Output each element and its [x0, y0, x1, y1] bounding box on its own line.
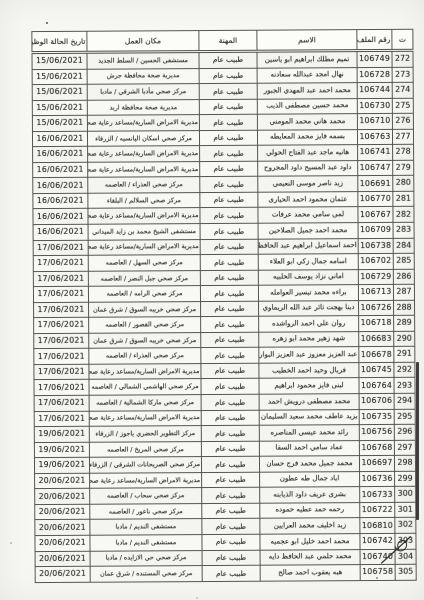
name-cell: هبه يعقوب احمد صالح	[260, 565, 360, 581]
file-number-cell: 106706	[359, 393, 394, 409]
workplace-cell: مركز صحي اسكان اليانسيه / الزرقاء	[87, 130, 199, 146]
index-cell: 274	[392, 82, 413, 98]
profession-cell: طبيب عام	[200, 177, 258, 193]
status-date-cell: 15/06/2021	[32, 115, 87, 131]
status-date-cell: 20/06/2021	[35, 504, 90, 520]
status-date-cell: 15/06/2021	[32, 52, 87, 69]
name-cell: دينا بهجت ثائر عبد الله الريماوي	[259, 300, 359, 316]
name-cell: محمد احمد عبد المهدي الجبور	[257, 83, 357, 99]
header-row: ت رقم الملف الاسم المهنة مكان العمل تاري…	[32, 29, 413, 52]
profession-cell: طبيب عام	[200, 254, 258, 270]
status-date-cell: 19/06/2021	[34, 442, 89, 458]
profession-cell: طبيب عام	[202, 472, 260, 488]
workplace-cell: مديرية الامراض السارية/مساعد رعاية صحي	[89, 364, 201, 380]
name-cell: عبد العزيز معزوز عبد العزيز البواري	[259, 347, 359, 363]
profession-cell: طبيب عام	[201, 332, 259, 348]
file-number-cell: 106709	[358, 222, 393, 238]
status-date-cell: 17/06/2021	[34, 380, 89, 396]
name-cell: احمد اسماعيل ابراهيم عبد الحافظ	[258, 238, 358, 254]
workplace-cell: مستشفى النديم / مادبا	[90, 535, 202, 551]
workplace-cell: مديرية الامراض السارية/مساعد رعاية صحي	[90, 472, 202, 488]
profession-cell: طبيب عام	[200, 285, 258, 301]
index-cell: 299	[395, 471, 416, 487]
index-cell: 295	[394, 409, 415, 425]
index-cell: 284	[393, 238, 414, 254]
index-cell: 276	[392, 113, 413, 129]
scanner-edge-artifact	[416, 362, 419, 520]
workplace-cell: مركز صحي الصريحانات الشرقي / الزرقاء	[89, 457, 201, 473]
scan-noise-specks	[46, 22, 48, 24]
name-cell: شهد زهير محمد ابو زهره	[259, 331, 359, 347]
file-number-cell: 106758	[360, 564, 395, 580]
index-cell: 305	[395, 564, 416, 580]
workplace-cell: مركز صحي المستنده / شرق عمان	[90, 566, 202, 582]
name-cell: تميم مطلك ابراهيم ابو ياسين	[257, 51, 357, 68]
status-date-cell: 19/06/2021	[34, 426, 89, 442]
file-number-cell: 106745	[359, 362, 394, 378]
workplace-cell: مركز صحي القصور / العاصمه	[89, 317, 201, 333]
header-workplace: مكان العمل	[87, 31, 199, 53]
workplace-cell: مركز التطوير الحضري ياجوز / الزرقاء	[89, 426, 201, 442]
file-number-cell: 106726	[359, 300, 394, 316]
workplace-cell: مركز صحي العذراء / العاصمه	[88, 177, 200, 193]
name-cell: فريال وحيد احمد الخطيب	[259, 363, 359, 379]
header-file-number: رقم الملف	[357, 29, 392, 50]
file-number-cell: 106744	[357, 82, 392, 98]
workplace-cell: مديرية الامراض السارية/مساعد رعاية صحي	[88, 239, 200, 255]
index-cell: 279	[393, 160, 414, 176]
file-number-cell: 106713	[358, 285, 393, 301]
status-date-cell: 17/06/2021	[34, 333, 89, 349]
profession-cell: طبيب عام	[199, 114, 257, 130]
header-name: الاسم	[257, 30, 357, 52]
index-cell: 285	[393, 253, 414, 269]
file-number-cell: 106678	[359, 347, 394, 363]
status-date-cell: 17/06/2021	[33, 271, 88, 287]
index-cell: 278	[393, 145, 414, 161]
file-number-cell: 106697	[359, 456, 394, 472]
index-cell: 290	[394, 331, 415, 347]
profession-cell: طبيب عام	[199, 68, 257, 84]
index-cell: 301	[395, 502, 416, 518]
name-cell: بسمه فايز محمد المعايطه	[257, 129, 357, 145]
status-date-cell: 16/06/2021	[33, 162, 88, 178]
index-cell: 288	[394, 300, 415, 316]
profession-cell: طبيب عام	[200, 146, 258, 162]
index-cell: 283	[393, 222, 414, 238]
index-cell: 282	[393, 207, 414, 223]
file-number-cell: 106683	[359, 331, 394, 347]
profession-cell: طبيب عام	[199, 130, 257, 146]
scanned-page: ت رقم الملف الاسم المهنة مكان العمل تاري…	[0, 0, 424, 600]
name-cell: رائد محمد عيسى المناصره	[259, 425, 359, 441]
workplace-cell: مستشفى النديم / مادبا	[90, 519, 202, 535]
workplace-cell: مركز صحي مأدبا الشرقي / مادبا	[87, 84, 199, 100]
file-number-cell: 106691	[358, 176, 393, 192]
file-number-cell: 106730	[357, 98, 392, 114]
status-date-cell: 17/06/2021	[34, 302, 89, 318]
table-row: 305 106758 هبه يعقوب احمد صالح طبيب عام …	[35, 564, 416, 582]
file-number-cell: 106733	[360, 487, 395, 503]
status-date-cell: 17/06/2021	[33, 286, 88, 302]
profession-cell: طبيب عام	[202, 565, 260, 581]
workplace-cell: مركز صحي السلالم / البلقاء	[88, 192, 200, 208]
file-number-cell: 106729	[358, 269, 393, 285]
profession-cell: طبيب عام	[200, 223, 258, 239]
profession-cell: طبيب عام	[201, 348, 259, 364]
header-status-date: تاريخ الحالة الوظيفية	[32, 31, 87, 52]
profession-cell: طبيب عام	[201, 379, 259, 395]
name-cell: محمد احمد جميل الصلاحين	[258, 223, 358, 239]
name-cell: براءه محمد تيسير العوامله	[258, 285, 358, 301]
name-cell: بشرى عريف داود الذيابنه	[260, 487, 360, 503]
status-date-cell: 17/06/2021	[34, 349, 89, 365]
name-cell: محمد مصطفى درويش احمد	[259, 394, 359, 410]
profession-cell: طبيب عام	[201, 410, 259, 426]
index-cell: 289	[394, 316, 415, 332]
name-cell: زيد اخليف محمد العرايين	[260, 518, 360, 534]
file-number-cell: 106728	[357, 67, 392, 83]
name-cell: هانيه ماجد عبد الفتاح الحولي	[258, 145, 358, 161]
file-number-cell: 106810	[360, 518, 395, 534]
status-date-cell: 16/06/2021	[33, 224, 88, 240]
file-number-cell: 106722	[360, 502, 395, 518]
index-cell: 281	[393, 191, 414, 207]
workplace-cell: مركز صحي ناعور / العاصمه	[90, 503, 202, 519]
status-date-cell: 20/06/2021	[35, 566, 90, 582]
workplace-cell: مديرية صحة محافظة اربد	[87, 99, 199, 115]
status-date-cell: 20/06/2021	[35, 551, 90, 567]
workplace-cell: مركز صحي الهاشمي الشمالي / العاصمه	[89, 379, 201, 395]
status-date-cell: 17/06/2021	[34, 364, 89, 380]
name-cell: محمد هاني محمد المومني	[257, 114, 357, 130]
status-date-cell: 19/06/2021	[34, 457, 89, 473]
profession-cell: طبيب عام	[202, 519, 260, 535]
workplace-cell: مركز صحي ماركا الشمالية / العاصمه	[89, 395, 201, 411]
file-number-cell: 106718	[359, 316, 394, 332]
name-cell: داود عبد المسيح داود المجروح	[258, 160, 358, 176]
profession-cell: طبيب عام	[201, 441, 259, 457]
workplace-cell: مستشفى الشيخ محمد بن زايد الميداني	[88, 224, 200, 240]
index-cell: 287	[393, 284, 414, 300]
status-date-cell: 17/06/2021	[33, 240, 88, 256]
profession-cell: طبيب عام	[202, 488, 260, 504]
index-cell: 275	[392, 98, 413, 114]
status-date-cell: 16/06/2021	[33, 178, 88, 194]
file-number-cell: 106741	[358, 145, 393, 161]
workplace-cell: مركز صحي سحاب / العاصمه	[90, 488, 202, 504]
table-body: 272 106749 تميم مطلك ابراهيم ابو ياسين ط…	[32, 50, 416, 582]
signature-mark	[379, 534, 415, 566]
file-number-cell: 106770	[358, 191, 393, 207]
profession-cell: طبيب عام	[202, 503, 260, 519]
workplace-cell: مديرية الامراض السارية/مساعد رعاية صحي	[88, 161, 200, 177]
name-cell: محمد حلمي عبد الحافظ دايه	[260, 549, 360, 565]
name-cell: لبنى فايز محمود ابراهيم	[259, 378, 359, 394]
name-cell: روان علي احمد الرواشده	[259, 316, 359, 332]
file-number-cell: 106749	[357, 50, 392, 67]
workplace-cell: مركز صحي خريبه السوق / شرق عمان	[89, 332, 201, 348]
profession-cell: طبيب عام	[199, 51, 257, 68]
name-cell: زيد ناصر موسى النعيمي	[258, 176, 358, 192]
profession-cell: طبيب عام	[201, 456, 259, 472]
name-cell: محمد حسين مصطفى الذيب	[257, 98, 357, 114]
status-date-cell: 16/06/2021	[32, 131, 87, 147]
workplace-cell: مركز صحي السهل / العاصمه	[88, 255, 200, 271]
profession-cell: طبيب عام	[199, 83, 257, 99]
index-cell: 293	[394, 378, 415, 394]
profession-cell: طبيب عام	[200, 239, 258, 255]
name-cell: محمد جميل محمد فرج حسان	[259, 456, 359, 472]
index-cell: 298	[394, 455, 415, 471]
file-number-cell: 106747	[358, 160, 393, 176]
profession-cell: طبيب عام	[201, 394, 259, 410]
workplace-cell: مركز صحي العذراء / العاصمه	[89, 348, 201, 364]
index-cell: 277	[392, 129, 413, 145]
index-cell: 273	[392, 67, 413, 83]
workplace-cell: مديرية الامراض السارية/مساعد رعاية صحي	[88, 146, 200, 162]
status-date-cell: 20/06/2021	[35, 535, 90, 551]
name-cell: اماني نزاد يوسف الحلبيه	[258, 269, 358, 285]
status-date-cell: 16/06/2021	[33, 193, 88, 209]
file-number-cell: 106738	[358, 238, 393, 254]
staff-table: ت رقم الملف الاسم المهنة مكان العمل تاري…	[31, 29, 416, 583]
status-date-cell: 17/06/2021	[34, 411, 89, 427]
workplace-cell: مديرية الامراض السارية/مساعد رعاية صحي	[87, 115, 199, 131]
file-number-cell: 106768	[359, 440, 394, 456]
workplace-cell: مركز صحي المريخ / العاصمه	[89, 441, 201, 457]
index-cell: 272	[392, 50, 413, 67]
workplace-cell: مديرية الامراض السارية/مساعد رعاية صحي	[88, 208, 200, 224]
name-cell: عماد سامي احمد السقا	[259, 440, 359, 456]
index-cell: 280	[393, 176, 414, 192]
file-number-cell: 106763	[357, 129, 392, 145]
file-number-cell: 106735	[359, 409, 394, 425]
file-number-cell: 106764	[359, 378, 394, 394]
profession-cell: طبيب عام	[200, 208, 258, 224]
index-cell: 291	[394, 347, 415, 363]
name-cell: عثمان محمود احمد الحيارى	[258, 192, 358, 208]
index-cell: 302	[395, 518, 416, 534]
workplace-cell: مركز صحي حي الازايده / مادبا	[90, 550, 202, 566]
status-date-cell: 17/06/2021	[34, 318, 89, 334]
name-cell: رحمه حمد عطيه حموده	[260, 502, 360, 518]
status-date-cell: 17/06/2021	[33, 255, 88, 271]
table-header: ت رقم الملف الاسم المهنة مكان العمل تاري…	[32, 29, 413, 52]
index-cell: 297	[394, 440, 415, 456]
status-date-cell: 20/06/2021	[35, 489, 90, 505]
status-date-cell: 20/06/2021	[35, 520, 90, 536]
header-profession: المهنة	[199, 30, 257, 51]
profession-cell: طبيب عام	[201, 363, 259, 379]
file-number-cell: 106756	[359, 425, 394, 441]
file-number-cell: 106736	[360, 471, 395, 487]
index-cell: 296	[394, 424, 415, 440]
profession-cell: طبيب عام	[201, 301, 259, 317]
status-date-cell: 20/06/2021	[35, 473, 90, 489]
file-number-cell: 106710	[357, 114, 392, 130]
index-cell: 300	[395, 487, 416, 503]
profession-cell: طبيب عام	[200, 192, 258, 208]
index-cell: 292	[394, 362, 415, 378]
name-cell: لمى سامي محمد عرفات	[258, 207, 358, 223]
name-cell: يزيد عاطف محمد سعيد السليمان	[259, 409, 359, 425]
status-date-cell: 16/06/2021	[33, 147, 88, 163]
profession-cell: طبيب عام	[199, 99, 257, 115]
workplace-cell: مركز صحي جبل النصر / العاصمه	[88, 270, 200, 286]
status-date-cell: 16/06/2021	[33, 209, 88, 225]
workplace-cell: مديرية صحة محافظة جرش	[87, 68, 199, 84]
profession-cell: طبيب عام	[201, 425, 259, 441]
profession-cell: طبيب عام	[200, 161, 258, 177]
index-cell: 294	[394, 393, 415, 409]
scan-tilt-wrapper: ت رقم الملف الاسم المهنة مكان العمل تاري…	[0, 0, 424, 600]
workplace-cell: مديرية الامراض السارية/مساعد رعاية صحي	[89, 410, 201, 426]
file-number-cell: 106767	[358, 207, 393, 223]
workplace-cell: مركز صحي الرامه / العاصمه	[88, 286, 200, 302]
status-date-cell: 15/06/2021	[32, 100, 87, 116]
name-cell: نهال امجد عبدالله سعادنه	[257, 67, 357, 83]
profession-cell: طبيب عام	[200, 270, 258, 286]
name-cell: اياد جمال طه عطون	[260, 471, 360, 487]
status-date-cell: 15/06/2021	[32, 84, 87, 100]
index-cell: 286	[393, 269, 414, 285]
workplace-cell: مركز صحي خريبه السوق / شرق عمان	[89, 301, 201, 317]
name-cell: اسامه جمال زكي ابو العلاء	[258, 254, 358, 270]
file-number-cell: 106702	[358, 254, 393, 270]
workplace-cell: مستشفى الحسين / السلط الجديد	[87, 52, 199, 69]
profession-cell: طبيب عام	[201, 317, 259, 333]
profession-cell: طبيب عام	[202, 550, 260, 566]
name-cell: محمد احمد خليل ابو عجميه	[260, 534, 360, 550]
header-index: ت	[392, 29, 413, 50]
status-date-cell: 17/06/2021	[34, 395, 89, 411]
profession-cell: طبيب عام	[202, 534, 260, 550]
status-date-cell: 15/06/2021	[32, 69, 87, 85]
